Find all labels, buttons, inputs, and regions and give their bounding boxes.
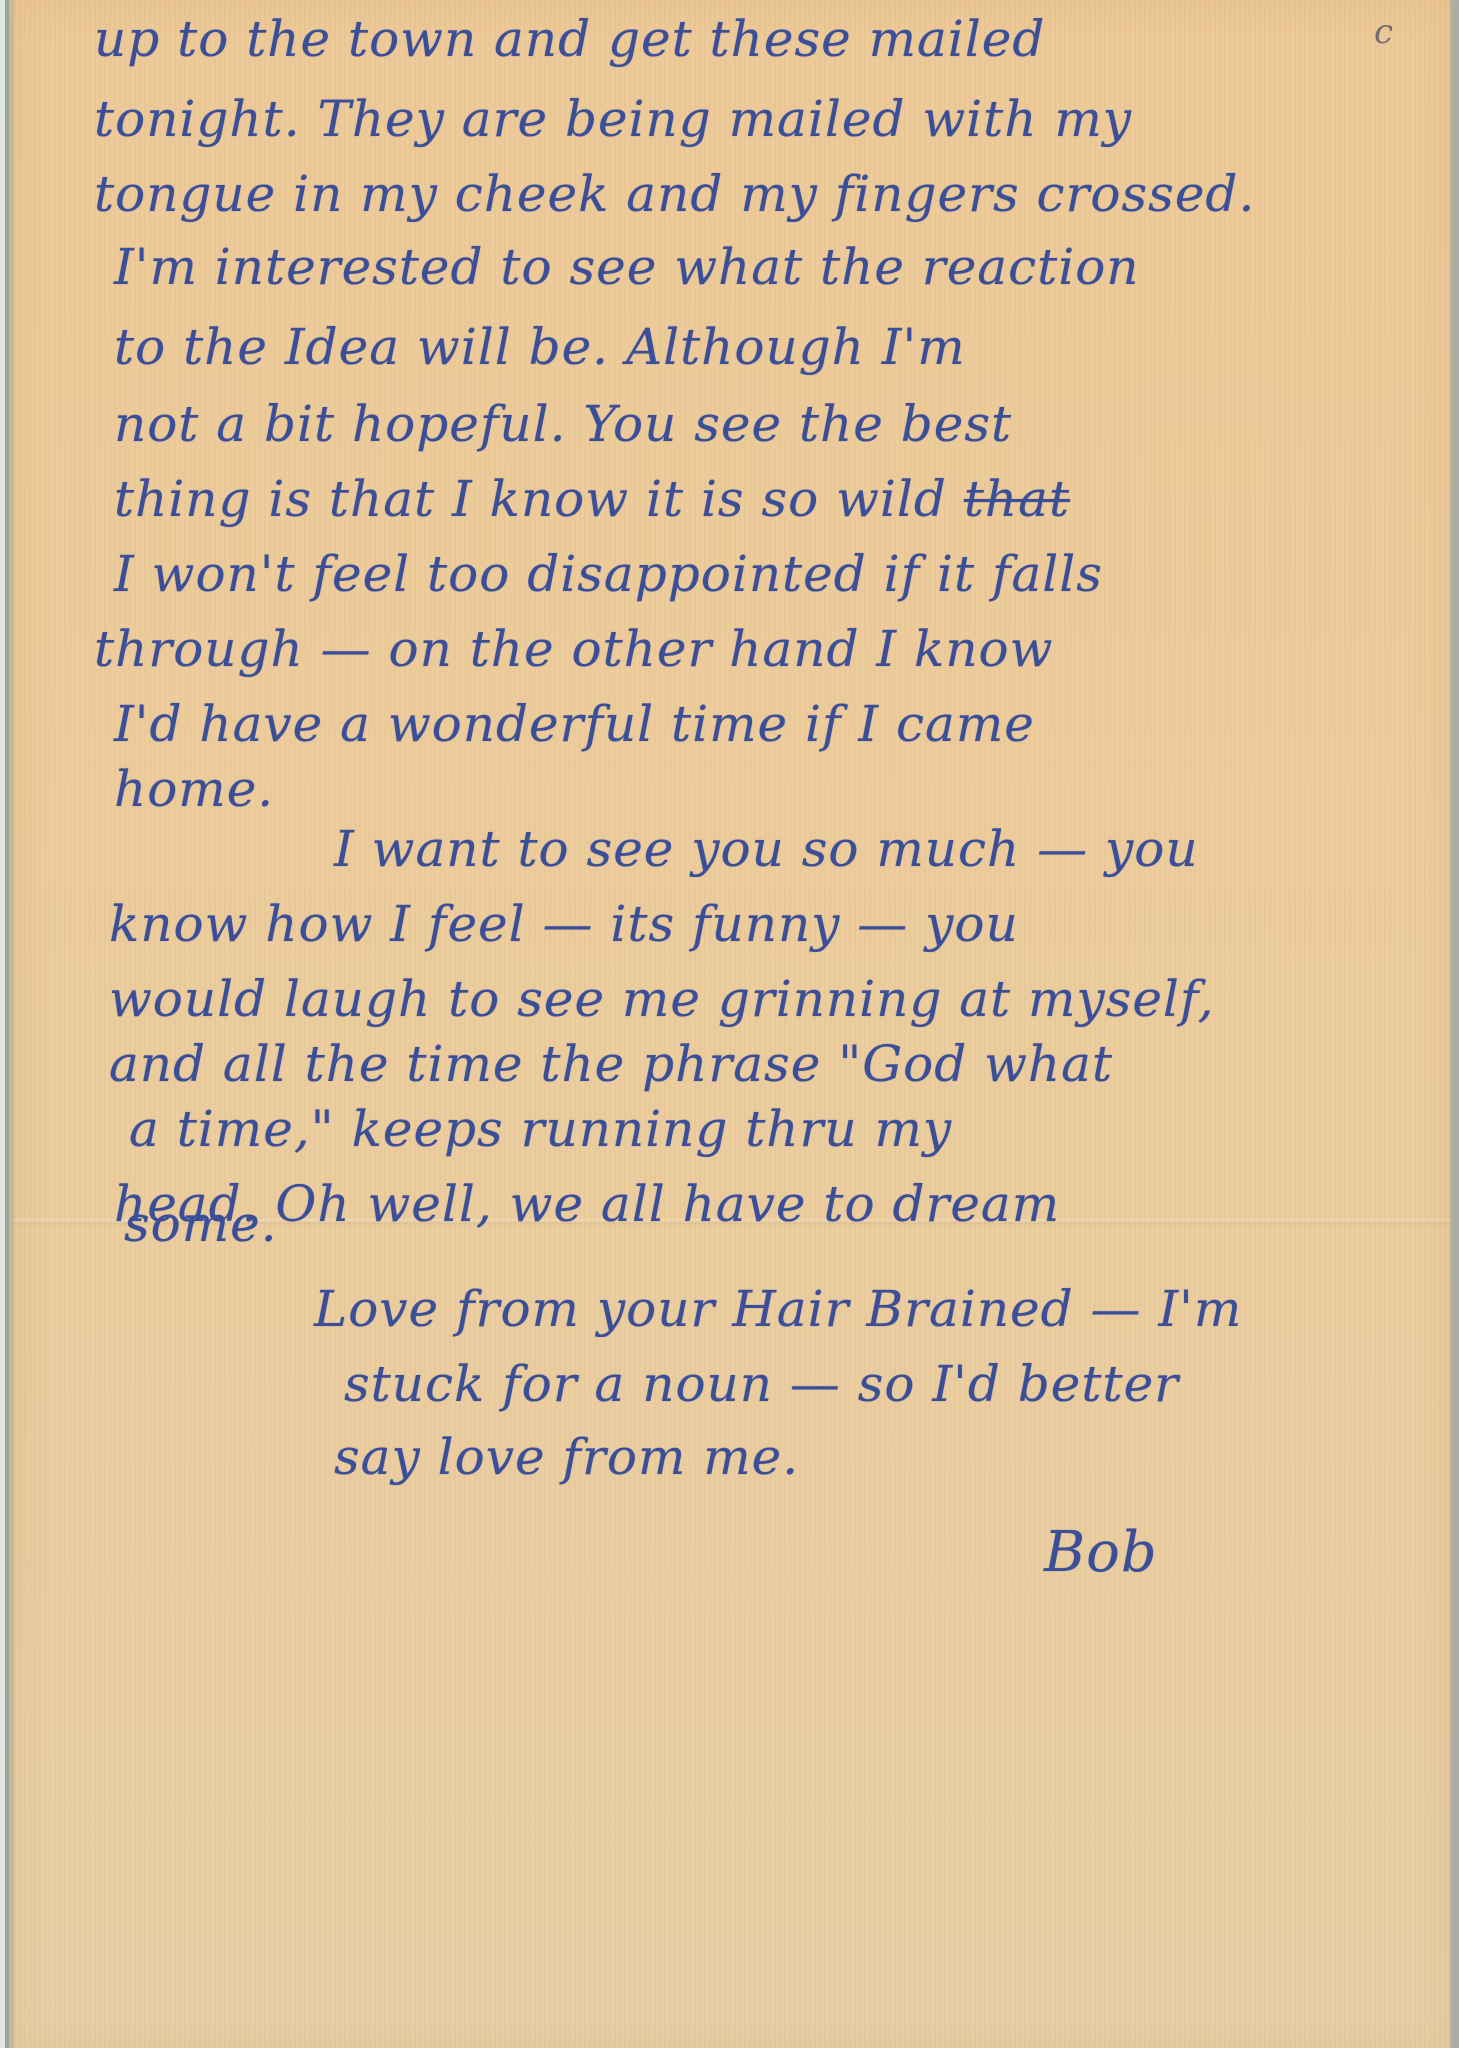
letter-line: I'm interested to see what the reaction: [114, 238, 1140, 296]
letter-line: thing is that I know it is so wild that: [114, 470, 1070, 528]
letter-text: thing is that I know it is so wild: [114, 470, 947, 528]
letter-line: would laugh to see me grinning at myself…: [109, 970, 1215, 1028]
letter-line: I won't feel too disappointed if it fall…: [114, 545, 1103, 603]
letter-line: and all the time the phrase "God what: [109, 1035, 1113, 1093]
closing-line: say love from me.: [334, 1428, 799, 1486]
letter-line: some.: [124, 1195, 278, 1253]
letter-line: I want to see you so much — you: [334, 820, 1199, 878]
letter-line: to the Idea will be. Although I'm: [114, 318, 966, 376]
closing-line: stuck for a noun — so I'd better: [344, 1355, 1179, 1413]
signature: Bob: [1044, 1520, 1158, 1585]
closing-line: Love from your Hair Brained — I'm: [314, 1280, 1242, 1338]
letter-line: a time," keeps running thru my: [129, 1100, 952, 1158]
letter-line: know how I feel — its funny — you: [109, 895, 1019, 953]
letter-line: tonight. They are being mailed with my: [94, 90, 1132, 148]
margin-mark: c: [1374, 12, 1393, 52]
letter-line: not a bit hopeful. You see the best: [114, 395, 1012, 453]
scan-right-edge: [1450, 0, 1459, 2048]
letter-line: I'd have a wonderful time if I came: [114, 695, 1035, 753]
letter-line: tongue in my cheek and my fingers crosse…: [94, 165, 1255, 223]
letter-page: c up to the town and get these mailed to…: [14, 0, 1450, 2048]
letter-line: home.: [114, 760, 274, 818]
struck-word: that: [964, 470, 1070, 528]
letter-line: up to the town and get these mailed: [94, 10, 1045, 68]
letter-line: through — on the other hand I know: [94, 620, 1053, 678]
scan-left-edge: [0, 0, 14, 2048]
